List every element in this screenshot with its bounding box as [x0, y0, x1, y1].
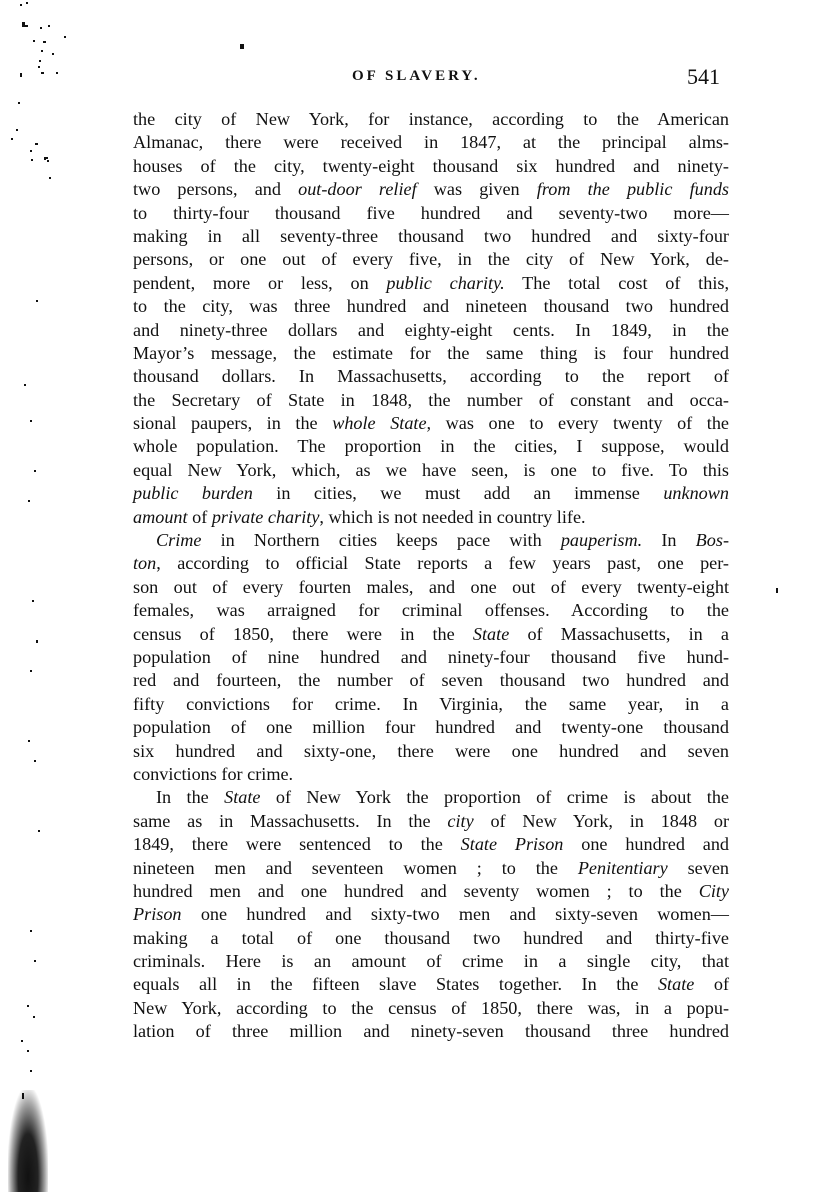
- text-line: convictions for crime.: [133, 763, 729, 786]
- text-line: ton, according to official State reports…: [133, 552, 729, 575]
- italic-text: public burden: [133, 483, 253, 503]
- text-run: six hundred and sixty-one, there were on…: [133, 741, 729, 761]
- text-line: pendent, more or less, on public charity…: [133, 272, 729, 295]
- text-run: red and fourteen, the number of seven th…: [133, 670, 729, 690]
- text-run: same as in Massachusetts. In the: [133, 811, 447, 831]
- text-line: hundred men and one hundred and seventy …: [133, 880, 729, 903]
- text-run: lation of three million and ninety-seven…: [133, 1021, 729, 1041]
- text-run: , which is not needed in country life.: [319, 507, 585, 527]
- italic-text: Bos-: [696, 530, 729, 550]
- text-run: females, was arraigned for criminal offe…: [133, 600, 729, 620]
- text-line: amount of private charity, which is not …: [133, 506, 729, 529]
- text-run: making in all seventy-three thousand two…: [133, 226, 729, 246]
- text-run: The total cost of this,: [505, 273, 729, 293]
- text-line: the Secretary of State in 1848, the numb…: [133, 389, 729, 412]
- text-line: Almanac, there were received in 1847, at…: [133, 131, 729, 154]
- text-run: of Massachusetts, in a: [509, 624, 729, 644]
- text-run: one hundred and: [563, 834, 729, 854]
- text-run: in cities, we must add an immense: [253, 483, 664, 503]
- running-head: OF SLAVERY. 541: [0, 64, 823, 94]
- text-run: , according to official State reports a …: [156, 553, 729, 573]
- page-edge-shadow: [8, 1090, 48, 1192]
- text-line: making a total of one thousand two hundr…: [133, 927, 729, 950]
- text-line: New York, according to the census of 185…: [133, 997, 729, 1020]
- italic-text: whole State,: [332, 413, 431, 433]
- italic-text: Penitentiary: [578, 858, 668, 878]
- text-line: same as in Massachusetts. In the city of…: [133, 810, 729, 833]
- text-line: whole population. The proportion in the …: [133, 435, 729, 458]
- italic-text: unknown: [663, 483, 729, 503]
- text-run: the city of New York, for instance, acco…: [133, 109, 729, 129]
- running-title: OF SLAVERY.: [352, 68, 481, 85]
- text-line: 1849, there were sentenced to the State …: [133, 833, 729, 856]
- text-line: Mayor’s message, the estimate for the sa…: [133, 342, 729, 365]
- italic-text: City: [699, 881, 729, 901]
- text-run: of New York the proportion of crime is a…: [261, 787, 730, 807]
- text-line: thousand dollars. In Massachusetts, acco…: [133, 365, 729, 388]
- text-run: seven: [668, 858, 729, 878]
- page-number: 541: [687, 64, 720, 90]
- text-run: of New York, in 1848 or: [474, 811, 729, 831]
- text-line: nineteen men and seventeen women ; to th…: [133, 857, 729, 880]
- text-line: two persons, and out-door relief was giv…: [133, 178, 729, 201]
- text-run: New York, according to the census of 185…: [133, 998, 729, 1018]
- text-run: was given: [417, 179, 537, 199]
- text-run: pendent, more or less, on: [133, 273, 386, 293]
- italic-text: State Prison: [461, 834, 564, 854]
- text-line: public burden in cities, we must add an …: [133, 482, 729, 505]
- text-line: census of 1850, there were in the State …: [133, 623, 729, 646]
- italic-text: public charity.: [386, 273, 504, 293]
- text-run: one hundred and sixty-two men and sixty-…: [182, 904, 729, 924]
- text-run: 1849, there were sentenced to the: [133, 834, 461, 854]
- text-run: In: [642, 530, 695, 550]
- text-run: population of nine hundred and ninety-fo…: [133, 647, 729, 667]
- italic-text: pauperism.: [561, 530, 642, 550]
- scanned-book-page: OF SLAVERY. 541 the city of New York, fo…: [0, 0, 823, 1200]
- italic-text: State: [224, 787, 260, 807]
- text-run: census of 1850, there were in the: [133, 624, 473, 644]
- text-run: two persons, and: [133, 179, 298, 199]
- text-line: houses of the city, twenty-eight thousan…: [133, 155, 729, 178]
- text-run: and ninety-three dollars and eighty-eigh…: [133, 320, 729, 340]
- text-run: convictions for crime.: [133, 764, 293, 784]
- text-run: equals all in the fifteen slave States t…: [133, 974, 658, 994]
- text-line: equal New York, which, as we have seen, …: [133, 459, 729, 482]
- text-run: in Northern cities keeps pace with: [201, 530, 560, 550]
- text-line: six hundred and sixty-one, there were on…: [133, 740, 729, 763]
- text-line: females, was arraigned for criminal offe…: [133, 599, 729, 622]
- italic-text: State: [658, 974, 694, 994]
- text-run: was one to every twenty of the: [431, 413, 729, 433]
- text-run: equal New York, which, as we have seen, …: [133, 460, 729, 480]
- text-line: red and fourteen, the number of seven th…: [133, 669, 729, 692]
- text-run: population of one million four hundred a…: [133, 717, 729, 737]
- text-run: In the: [156, 787, 224, 807]
- italic-text: out-door relief: [298, 179, 417, 199]
- text-run: son out of every fourten males, and one …: [133, 577, 729, 597]
- text-run: houses of the city, twenty-eight thousan…: [133, 156, 729, 176]
- text-run: persons, or one out of every five, in th…: [133, 249, 729, 269]
- body-text: the city of New York, for instance, acco…: [133, 108, 729, 1044]
- text-line: to thirty-four thousand five hundred and…: [133, 202, 729, 225]
- italic-text: State: [473, 624, 509, 644]
- text-line: fifty convictions for crime. In Virginia…: [133, 693, 729, 716]
- text-run: Almanac, there were received in 1847, at…: [133, 132, 729, 152]
- text-line: and ninety-three dollars and eighty-eigh…: [133, 319, 729, 342]
- italic-text: Prison: [133, 904, 182, 924]
- text-run: whole population. The proportion in the …: [133, 436, 729, 456]
- text-run: the Secretary of State in 1848, the numb…: [133, 390, 729, 410]
- text-line: making in all seventy-three thousand two…: [133, 225, 729, 248]
- text-line: population of nine hundred and ninety-fo…: [133, 646, 729, 669]
- text-run: thousand dollars. In Massachusetts, acco…: [133, 366, 729, 386]
- text-run: criminals. Here is an amount of crime in…: [133, 951, 729, 971]
- text-line: Prison one hundred and sixty-two men and…: [133, 903, 729, 926]
- text-run: fifty convictions for crime. In Virginia…: [133, 694, 729, 714]
- italic-text: private charity: [212, 507, 320, 527]
- italic-text: Crime: [156, 530, 201, 550]
- text-run: of: [188, 507, 212, 527]
- italic-text: city: [447, 811, 473, 831]
- text-run: of: [694, 974, 729, 994]
- text-run: making a total of one thousand two hundr…: [133, 928, 729, 948]
- ink-speck: [240, 44, 244, 49]
- text-line: son out of every fourten males, and one …: [133, 576, 729, 599]
- text-line: criminals. Here is an amount of crime in…: [133, 950, 729, 973]
- text-line: population of one million four hundred a…: [133, 716, 729, 739]
- text-line: equals all in the fifteen slave States t…: [133, 973, 729, 996]
- text-line: the city of New York, for instance, acco…: [133, 108, 729, 131]
- text-line: persons, or one out of every five, in th…: [133, 248, 729, 271]
- text-line: to the city, was three hundred and ninet…: [133, 295, 729, 318]
- text-line: sional paupers, in the whole State, was …: [133, 412, 729, 435]
- text-run: to the city, was three hundred and ninet…: [133, 296, 729, 316]
- text-run: sional paupers, in the: [133, 413, 332, 433]
- text-line: Crime in Northern cities keeps pace with…: [133, 529, 729, 552]
- text-run: Mayor’s message, the estimate for the sa…: [133, 343, 729, 363]
- text-run: to thirty-four thousand five hundred and…: [133, 203, 729, 223]
- italic-text: from the public funds: [537, 179, 729, 199]
- text-line: lation of three million and ninety-seven…: [133, 1020, 729, 1043]
- italic-text: amount: [133, 507, 188, 527]
- text-line: In the State of New York the proportion …: [133, 786, 729, 809]
- text-run: hundred men and one hundred and seventy …: [133, 881, 699, 901]
- text-run: nineteen men and seventeen women ; to th…: [133, 858, 578, 878]
- italic-text: ton: [133, 553, 156, 573]
